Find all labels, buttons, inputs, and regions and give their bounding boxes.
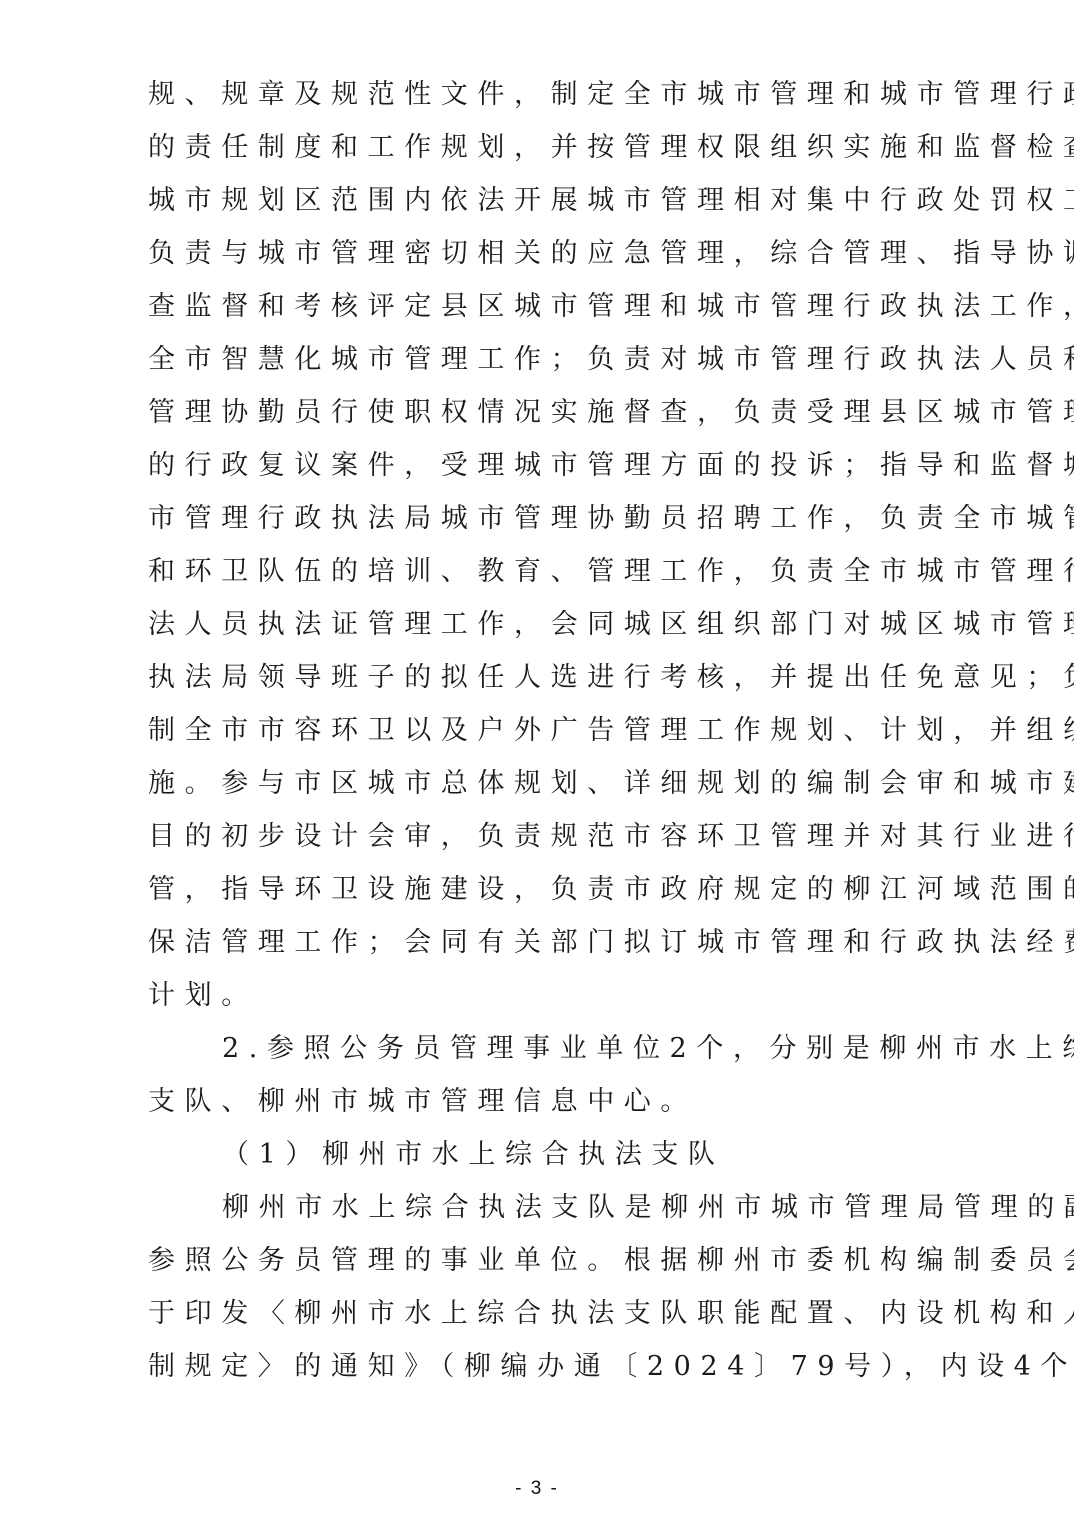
text-line: 法人员执法证管理工作，会同城区组织部门对城区城市管理行政: [148, 598, 938, 651]
text-line: 规、规章及规范性文件，制定全市城市管理和城市管理行政执法: [148, 68, 938, 121]
text-line: 的责任制度和工作规划，并按管理权限组织实施和监督检查；在: [148, 121, 938, 174]
text-line: 计划。: [148, 969, 938, 1022]
text-line: 管，指导环卫设施建设，负责市政府规定的柳江河域范围的水上: [148, 863, 938, 916]
section-heading-2: 2.参照公务员管理事业单位2个，分别是柳州市水上综合执法: [148, 1022, 938, 1075]
text-line: 制规定〉的通知》（柳编办通〔2024〕79号），内设4个科室、3: [148, 1340, 938, 1393]
subsection-heading-1: （1）柳州市水上综合执法支队: [148, 1128, 938, 1181]
text-line: 和环卫队伍的培训、教育、管理工作，负责全市城市管理行政执: [148, 545, 938, 598]
body-text: 规、规章及规范性文件，制定全市城市管理和城市管理行政执法 的责任制度和工作规划，…: [148, 68, 938, 1393]
text-line: 查监督和考核评定县区城市管理和城市管理行政执法工作，负责: [148, 280, 938, 333]
text-line: 支队、柳州市城市管理信息中心。: [148, 1075, 938, 1128]
text-line: 城市规划区范围内依法开展城市管理相对集中行政处罚权工作；: [148, 174, 938, 227]
text-line: 保洁管理工作；会同有关部门拟订城市管理和行政执法经费使用: [148, 916, 938, 969]
text-line: 负责与城市管理密切相关的应急管理，综合管理、指导协调、检: [148, 227, 938, 280]
text-line: 执法局领导班子的拟任人选进行考核，并提出任免意见；负责编: [148, 651, 938, 704]
text-line: 管理协勤员行使职权情况实施督查，负责受理县区城市管理方面: [148, 386, 938, 439]
document-page: 规、规章及规范性文件，制定全市城市管理和城市管理行政执法 的责任制度和工作规划，…: [0, 0, 1074, 1520]
text-line: 制全市市容环卫以及户外广告管理工作规划、计划，并组织实: [148, 704, 938, 757]
text-line: 于印发〈柳州市水上综合执法支队职能配置、内设机构和人员编: [148, 1287, 938, 1340]
text-line: 施。参与市区城市总体规划、详细规划的编制会审和城市建设项: [148, 757, 938, 810]
text-line: 目的初步设计会审，负责规范市容环卫管理并对其行业进行监: [148, 810, 938, 863]
text-line: 全市智慧化城市管理工作；负责对城市管理行政执法人员和城市: [148, 333, 938, 386]
text-line: 参照公务员管理的事业单位。根据柳州市委机构编制委员会《关: [148, 1234, 938, 1287]
text-line: 的行政复议案件，受理城市管理方面的投诉；指导和监督城区城: [148, 439, 938, 492]
page-number: - 3 -: [0, 1478, 1074, 1500]
text-line: 市管理行政执法局城市管理协勤员招聘工作，负责全市城管执法: [148, 492, 938, 545]
paragraph-start: 柳州市水上综合执法支队是柳州市城市管理局管理的副处级: [148, 1181, 938, 1234]
